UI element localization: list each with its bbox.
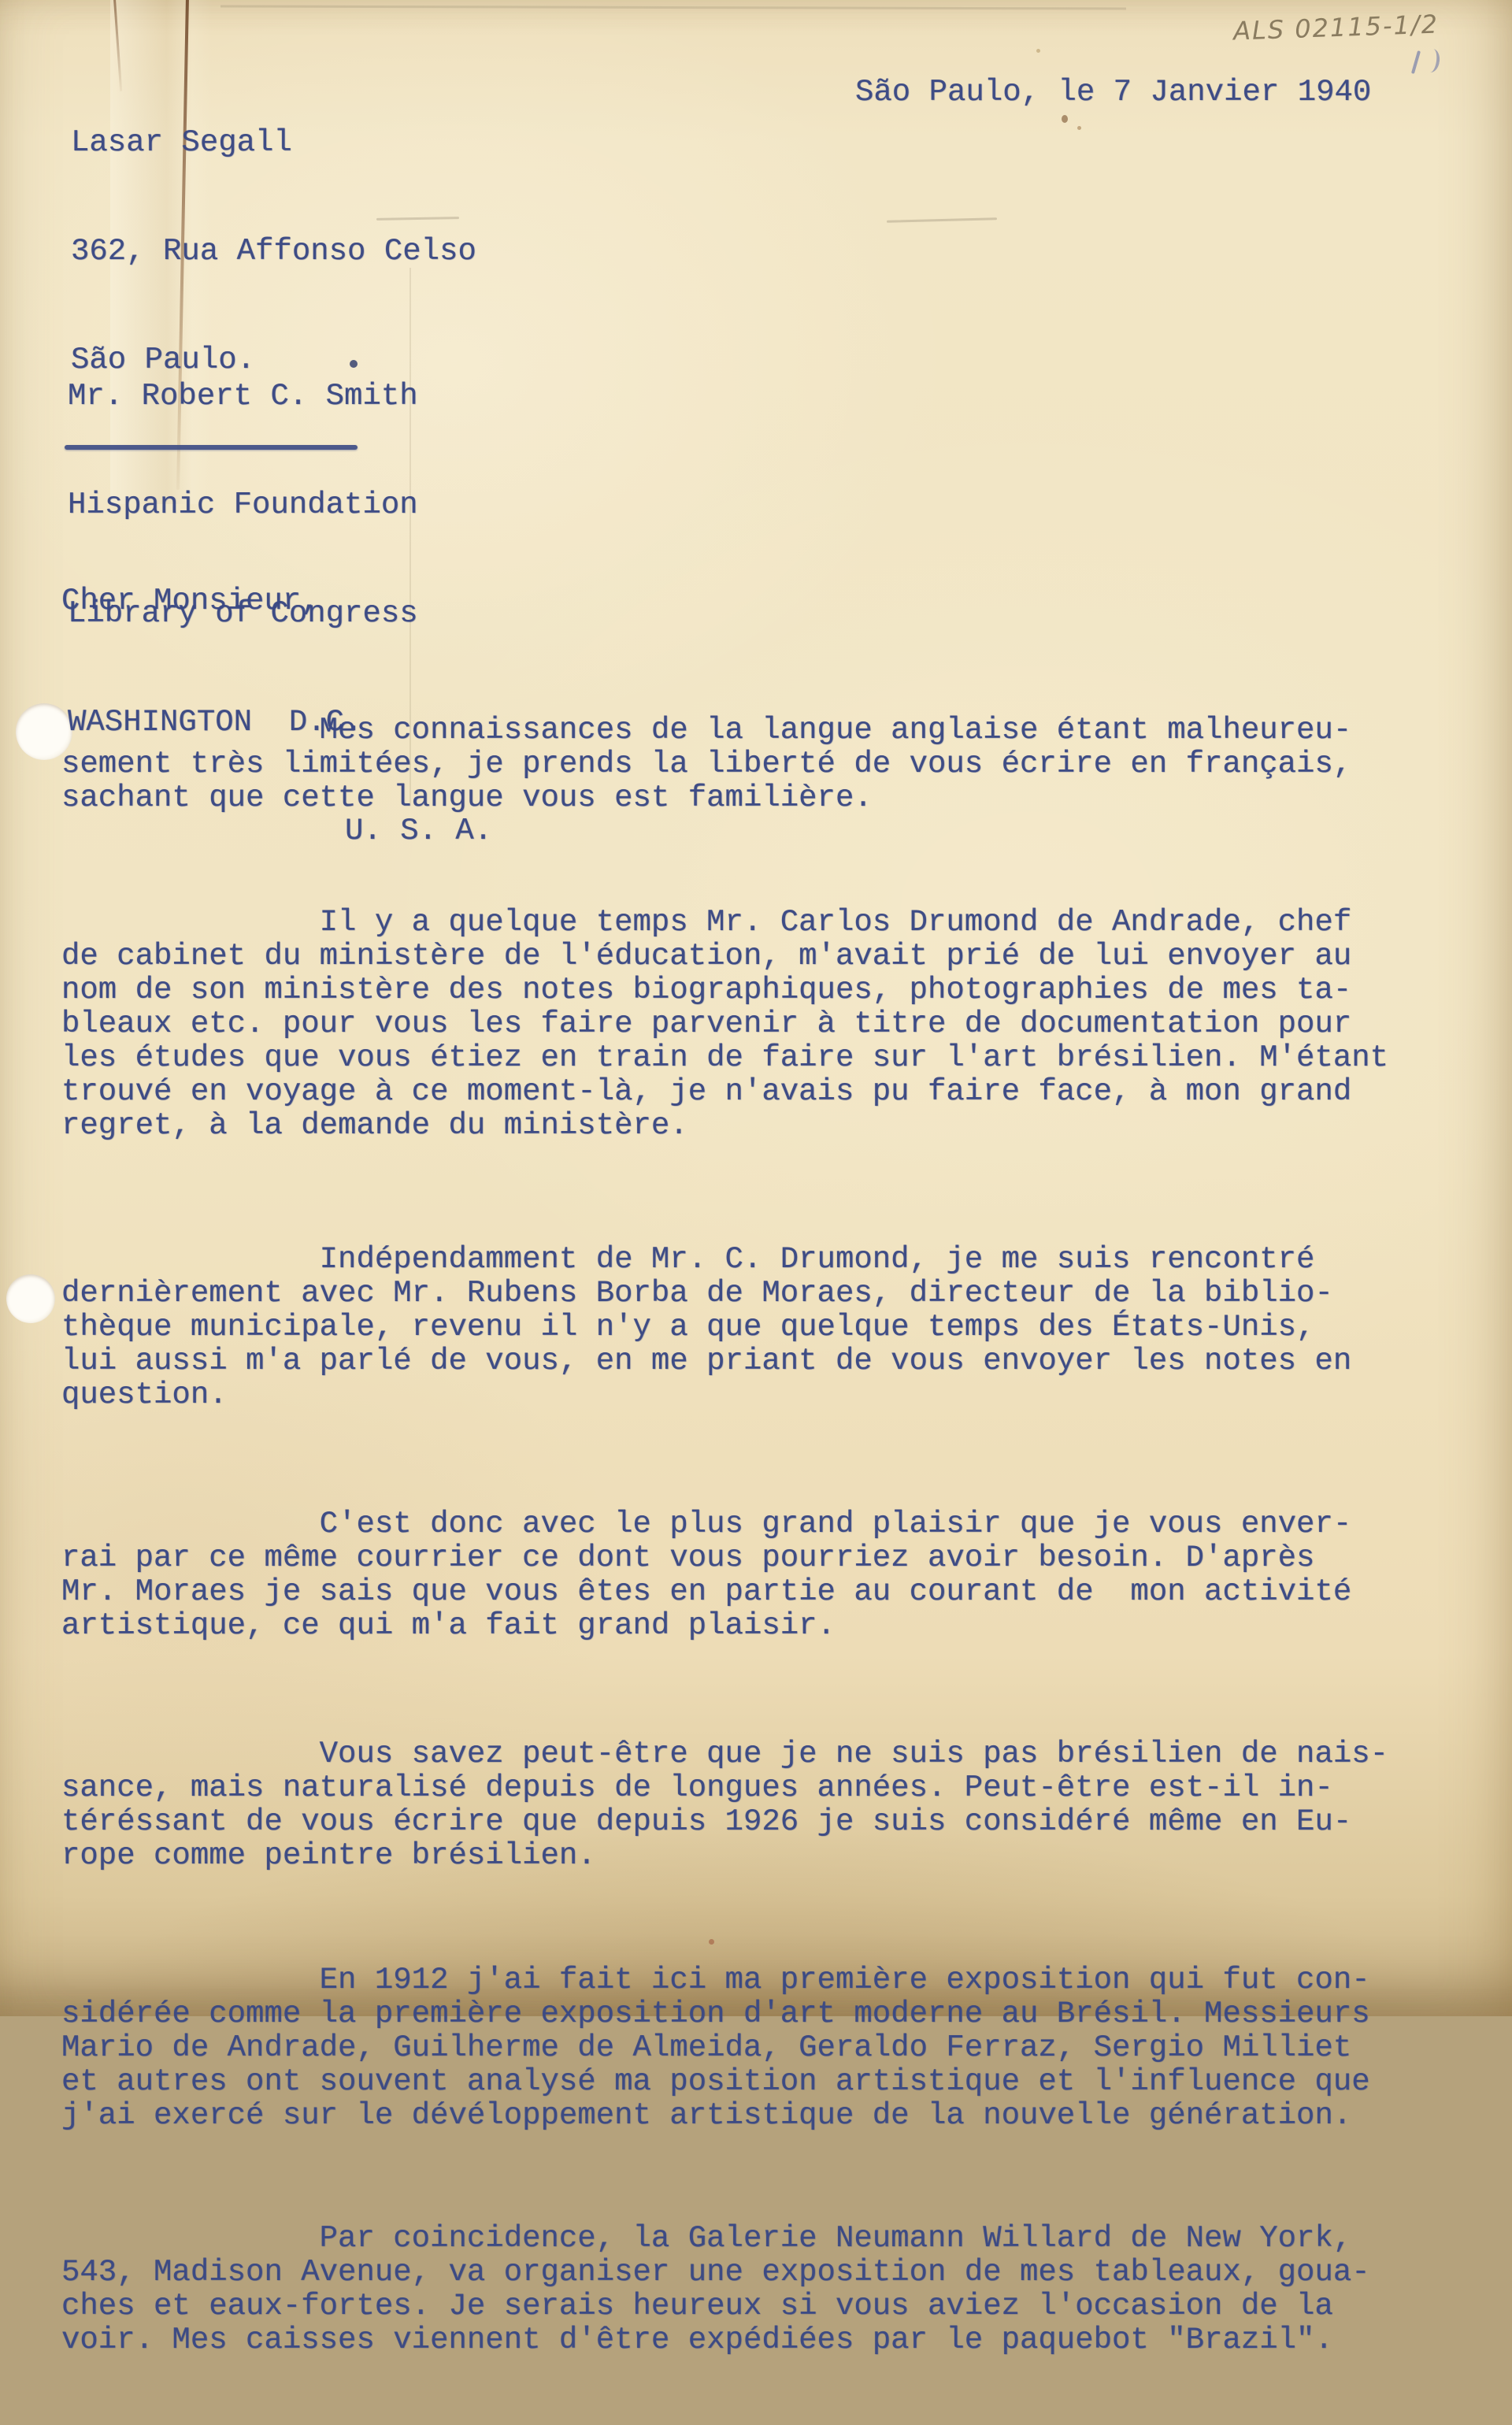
stain-speck: [1036, 49, 1040, 53]
paragraph: C'est donc avec le plus grand plaisir qu…: [61, 1507, 1436, 1643]
ink-mark: [1422, 48, 1441, 73]
letter-page: ALS 02115-1/2 Lasar Segall 362, Rua Affo…: [0, 0, 1512, 2016]
dateline: São Paulo, le 7 Janvier 1940: [855, 76, 1371, 109]
paragraph: Il y a quelque temps Mr. Carlos Drumond …: [61, 906, 1436, 1143]
scan-edge-streak: [220, 5, 1126, 9]
paragraph: Indépendamment de Mr. C. Drumond, je me …: [61, 1243, 1436, 1412]
paragraph: En 1912 j'ai fait ici ma première exposi…: [61, 1963, 1436, 2016]
recipient-org: Hispanic Foundation: [68, 487, 492, 523]
paragraph: Vous savez peut-être que je ne suis pas …: [61, 1737, 1436, 1873]
typed-underline: [65, 445, 358, 450]
recipient-name: Mr. Robert C. Smith: [68, 378, 492, 414]
archive-annotation: ALS 02115-1/2: [1232, 9, 1439, 46]
paragraph: Mes connaissances de la langue anglaise …: [61, 714, 1436, 815]
punch-hole: [6, 1274, 55, 1323]
sender-name: Lasar Segall: [71, 124, 476, 161]
ink-mark: [1411, 50, 1421, 74]
faint-streak: [887, 217, 997, 223]
sender-street: 362, Rua Affonso Celso: [71, 233, 476, 269]
salutation: Cher Monsieur,: [61, 584, 320, 618]
letter-body: Mes connaissances de la langue anglaise …: [61, 646, 1436, 2016]
stain-speck: [1062, 115, 1068, 123]
stain-speck: [1077, 126, 1081, 130]
